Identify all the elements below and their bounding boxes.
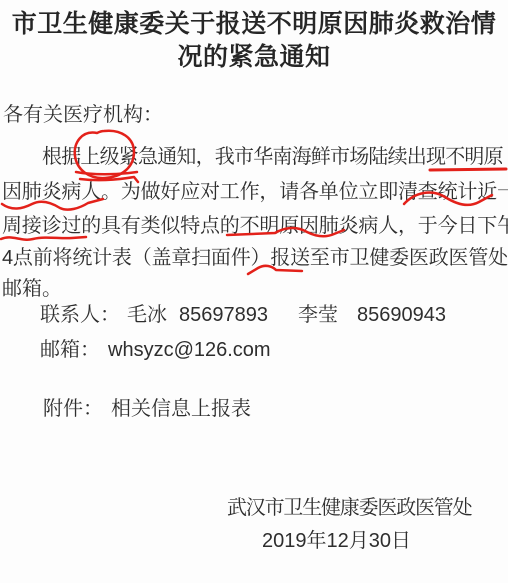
notice-document: 市卫生健康委关于报送不明原因肺炎救治情 况的紧急通知 各有关医疗机构： 根据上级… — [0, 0, 508, 583]
signature-date: 2019年12月30日 — [262, 530, 411, 553]
attachment-label: 附件： — [43, 398, 103, 420]
attachment-value: 相关信息上报表 — [111, 398, 251, 420]
contact-phone-2: 85690943 — [357, 304, 446, 326]
title-line-1: 市卫生健康委关于报送不明原因肺炎救治情 — [0, 8, 508, 41]
contact-label: 联系人： — [40, 304, 120, 326]
email-label: 邮箱： — [40, 339, 100, 361]
contact-line: 联系人：毛冰85697893李莹85690943 — [40, 304, 446, 327]
salutation: 各有关医疗机构： — [3, 104, 163, 127]
red-circle-underline-1 — [76, 172, 137, 174]
document-title: 市卫生健康委关于报送不明原因肺炎救治情 况的紧急通知 — [0, 8, 508, 74]
email-address: whsyzc@126.com — [108, 339, 271, 361]
signature-org: 武汉市卫生健康委医政医管处 — [227, 497, 471, 520]
body-line-4: 4点前将统计表（盖章扫面件）报送至市卫健委医政医管处 — [2, 247, 508, 270]
attachment-line: 附件：相关信息上报表 — [43, 398, 251, 421]
contact-name-1: 毛冰 — [127, 304, 167, 326]
body-line-1: 根据上级紧急通知，我市华南海鲜市场陆续出现不明原 — [42, 146, 503, 169]
contact-name-2: 李莹 — [298, 304, 338, 326]
title-line-2: 况的紧急通知 — [0, 41, 508, 74]
red-pen-annotations — [0, 0, 508, 583]
red-underline-bumingyuan — [430, 169, 506, 170]
body-line-2: 因肺炎病人。为做好应对工作，请各单位立即清查统计近一 — [2, 181, 508, 204]
contact-phone-1: 85697893 — [179, 304, 268, 326]
body-line-3: 周接诊过的具有类似特点的不明原因肺炎病人，于今日下午 — [2, 215, 508, 238]
email-line: 邮箱：whsyzc@126.com — [40, 339, 271, 362]
body-line-5: 邮箱。 — [2, 278, 62, 301]
